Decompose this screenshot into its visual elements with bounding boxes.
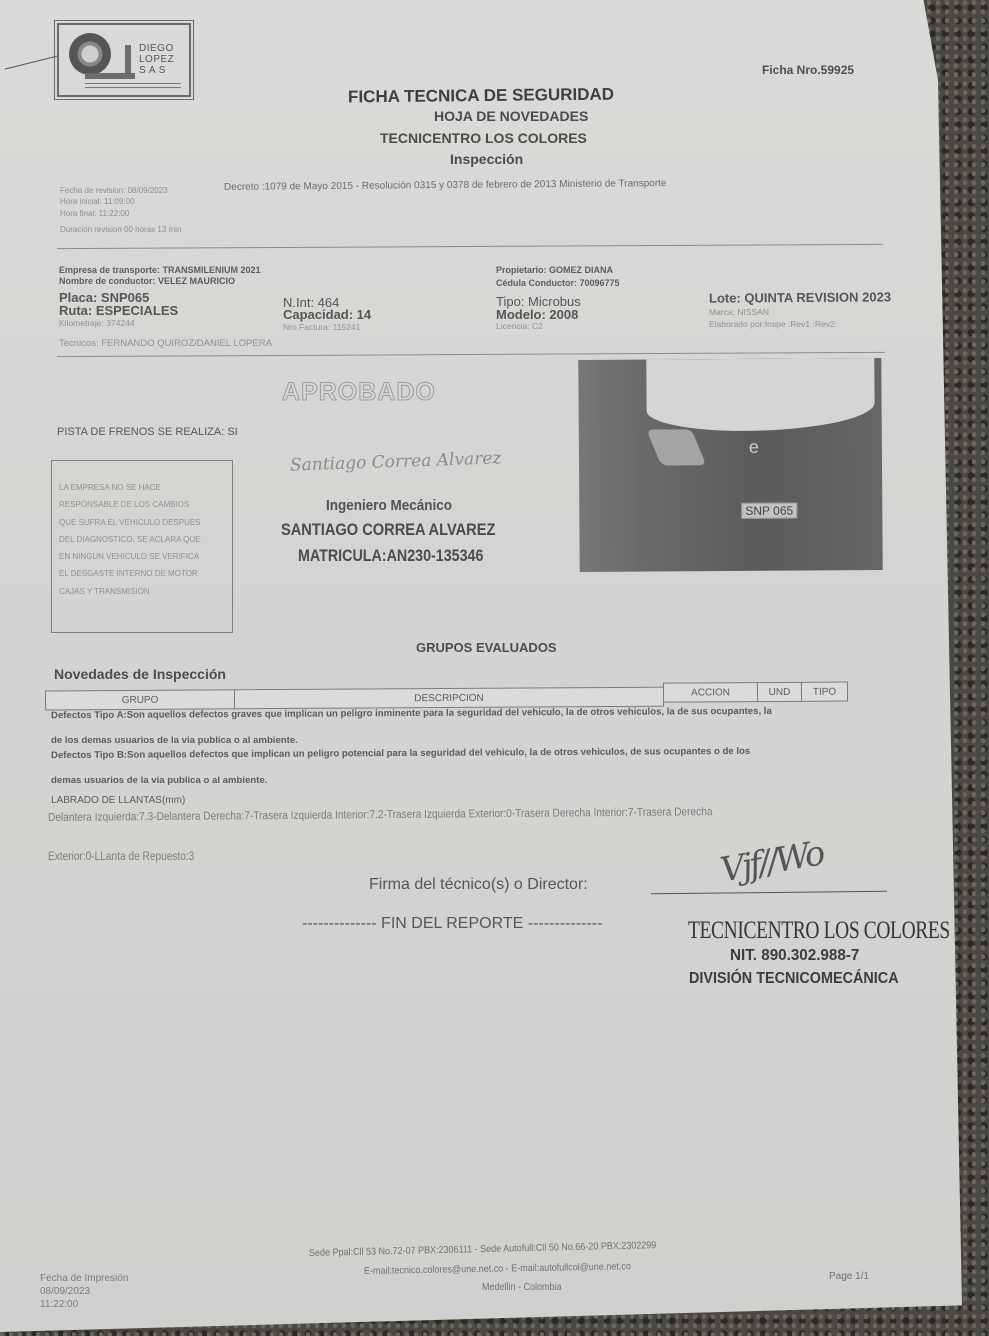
owner: Propietario: GOMEZ DIANA [496,265,613,275]
inspection-label: Inspección [450,151,523,167]
signature-label: Firma del técnico(s) o Director: [369,876,588,894]
brake-test-status: PISTA DE FRENOS SE REALIZA: SI [57,426,238,438]
license: Licencia: C2 [496,321,543,331]
approved-stamp: APROBADO [282,378,436,407]
tire-tread-heading: LABRADO DE LLANTAS(mm) [51,795,185,806]
revision-date: Fecha de revision: 08/09/2023 [60,186,168,196]
page-number: Page 1/1 [829,1271,869,1282]
divider [57,352,885,357]
groups-table-header: GRUPO DESCRIPCION ACCION UND TIPO [45,682,848,709]
end-of-report: -------------- FIN DEL REPORTE ---------… [302,915,602,933]
inspection-news-heading: Novedades de Inspección [54,666,226,682]
company-logo: DIEGO LOPEZ S A S [57,23,191,97]
end-time: Hora final: 11:22:00 [60,209,129,219]
stamp-nit: NIT. 890.302.988-7 [730,947,859,965]
footer-address: Sede Ppal:Cll 53 No.72-07 PBX:2306111 - … [309,1240,657,1259]
groups-heading: GRUPOS EVALUADOS [416,640,557,655]
column-header: UND [757,682,802,702]
document-subtitle: HOJA DE NOVEDADES [434,108,588,124]
logo-text: DIEGO LOPEZ S A S [139,43,174,76]
engineer-registration: MATRICULA:AN230-135346 [298,546,483,566]
footer-city: Medellin - Colombia [482,1282,562,1293]
brand: Marca: NISSAN [709,307,769,317]
stamp-company: TECNICENTRO LOS COLORES [688,917,950,945]
tire-icon [69,33,111,75]
technicians: Tecnicos: FERNANDO QUIROZ/DANIEL LOPERA [59,338,272,349]
batch: Lote: QUINTA REVISION 2023 [709,289,891,305]
mileage: Kilometraje: 374244 [59,318,135,328]
prepared-by: Elaborado por:Inspe :Rev1 :Rev2: [709,319,837,329]
ficha-number: Ficha Nro.59925 [762,63,854,77]
engineer-name: SANTIAGO CORREA ALVAREZ [281,520,495,540]
tire-tread-values: Delantera Izquierda:7.3-Delantera Derech… [48,806,713,824]
pen-mark [5,55,59,69]
footer-email: E-mail:tecnico.colores@une.net.co - E-ma… [364,1261,631,1277]
column-header: ACCION [663,682,758,703]
defect-type-b-cont: demas usuarios de la via publica o al am… [51,775,267,786]
column-header: GRUPO [45,689,235,710]
route: Ruta: ESPECIALES [59,303,178,318]
defect-type-a-cont: de los demas usuarios de la via publica … [51,735,298,746]
divider [57,244,883,249]
document-title: FICHA TECNICA DE SEGURIDAD [348,85,614,108]
center-name: TECNICENTRO LOS COLORES [380,130,587,146]
disclaimer-box: LA EMPRESA NO SE HACE RESPONSABLE DE LOS… [51,460,233,633]
defect-type-b: Defectos Tipo B:Son aquellos defectos qu… [51,746,750,761]
engineer-title: Ingeniero Mecánico [326,497,452,514]
duration: Duración revision 00 horas 13 min [60,225,181,235]
driver-name: Nombre de conductor: VELEZ MAURICIO [59,276,235,286]
license-plate: SNP 065 [741,503,797,519]
signature-line [651,891,887,894]
invoice-number: Nro.Factura: 115241 [283,322,360,332]
director-signature: Vjf//Wo [717,833,825,890]
start-time: Hora inicial: 11:09:00 [60,197,135,207]
tire-tread-values-cont: Exterior:0-LLanta de Repuesto:3 [48,851,194,863]
headlight [646,429,706,465]
brand-emblem-icon: e [749,437,759,458]
column-header: TIPO [801,682,848,702]
driver-id: Cédula Conductor: 70096775 [496,278,620,288]
capacity: Capacidad: 14 [283,307,371,322]
stamp-division: DIVISIÓN TECNICOMECÁNICA [689,970,899,988]
transport-company: Empresa de transporte: TRANSMILENIUM 202… [59,265,261,275]
print-date: Fecha de Impresión 08/09/2023 11:22:00 [40,1272,128,1311]
engineer-signature: Santiago Correa Alvarez [290,448,502,475]
legal-reference: Decreto :1079 de Mayo 2015 - Resolución … [224,178,667,193]
vehicle-photo: e SNP 065 [578,358,882,572]
vehicle-model: Modelo: 2008 [496,307,578,322]
inspection-document: DIEGO LOPEZ S A S Ficha Nro.59925 FICHA … [0,0,962,1332]
